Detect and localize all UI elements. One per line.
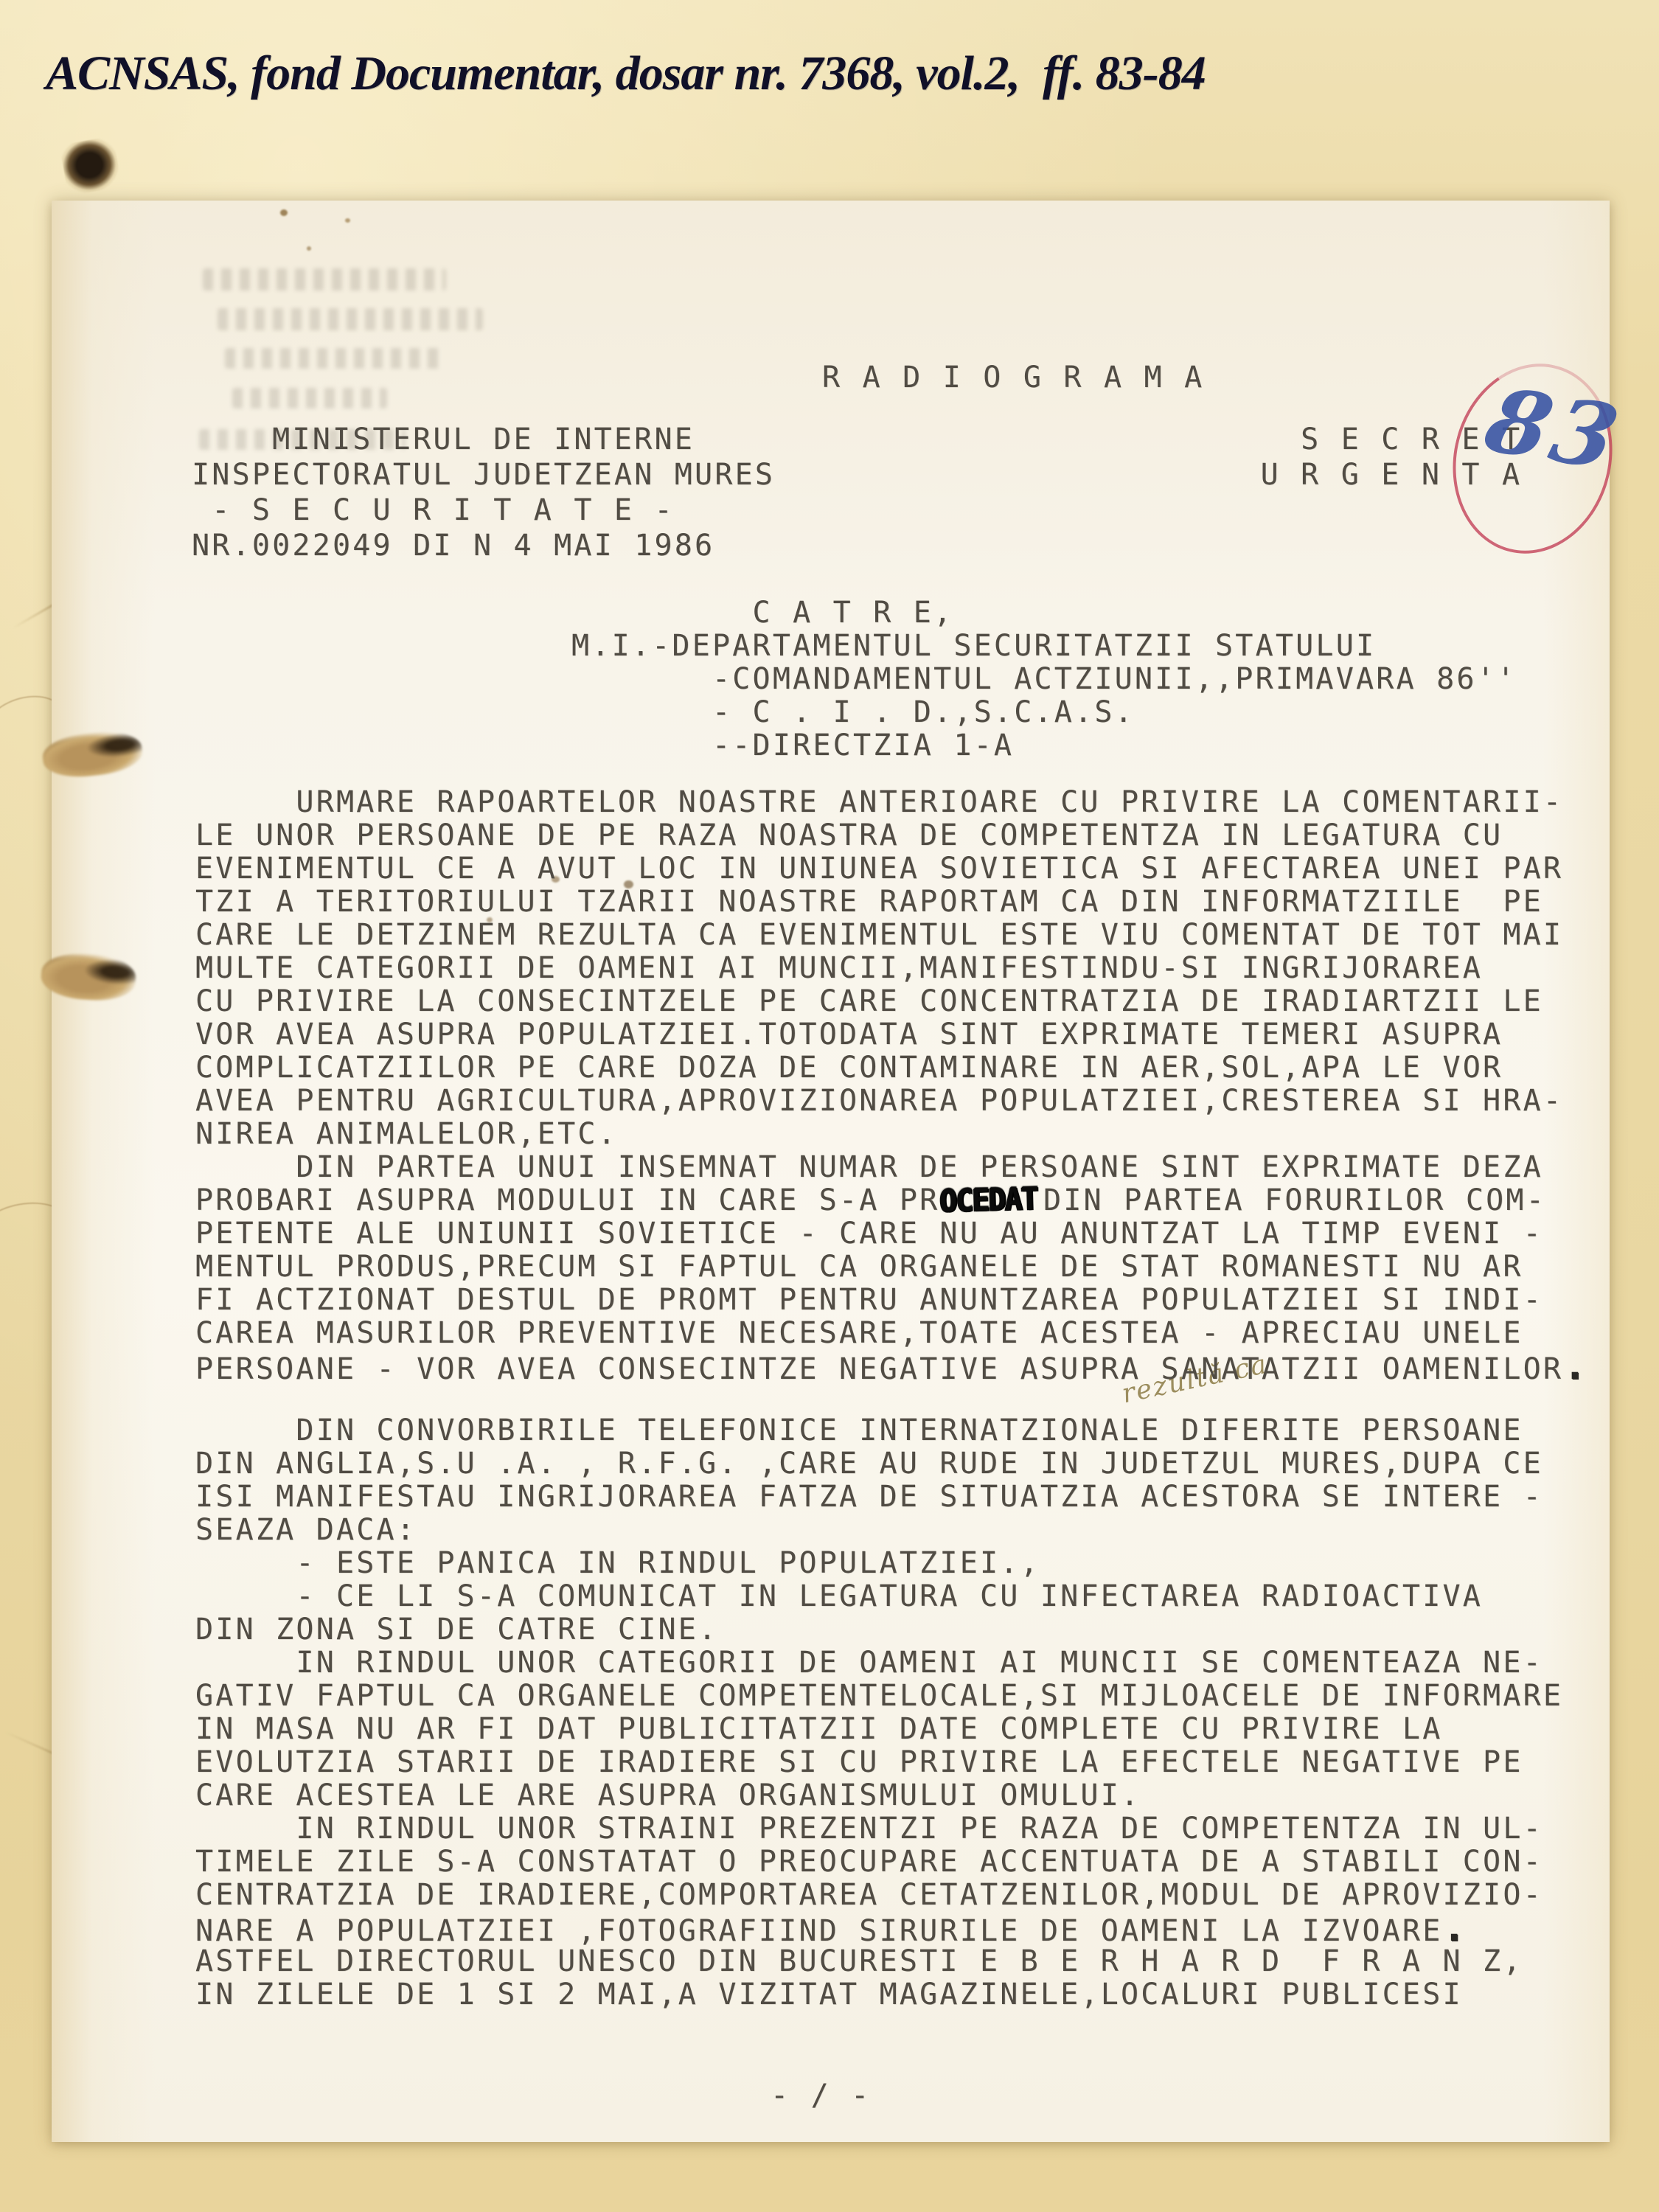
typed-line: DIN CONVORBIRILE TELEFONICE INTERNATZION…: [195, 1414, 1622, 1447]
typed-line: IN MASA NU AR FI DAT PUBLICITATZII DATE …: [195, 1713, 1622, 1746]
typed-line: GATIV FAPTUL CA ORGANELE COMPETENTELOCAL…: [195, 1680, 1622, 1713]
typed-line: URMARE RAPOARTELOR NOASTRE ANTERIOARE CU…: [195, 786, 1622, 819]
typed-line: CARE LE DETZINEM REZULTA CA EVENIMENTUL …: [195, 919, 1622, 952]
typed-line: EVOLUTZIA STARII DE IRADIERE SI CU PRIVI…: [195, 1746, 1622, 1779]
stain: [280, 209, 288, 216]
typed-line: TZI A TERITORIULUI TZARII NOASTRE RAPORT…: [195, 886, 1622, 919]
ghost-imprint: [232, 388, 387, 408]
typed-line: AVEA PENTRU AGRICULTURA,APROVIZIONAREA P…: [195, 1085, 1622, 1118]
typed-line: CENTRATZIA DE IRADIERE,COMPORTAREA CETAT…: [195, 1879, 1622, 1912]
typed-line: - ESTE PANICA IN RINDUL POPULATZIEI.,: [195, 1547, 1622, 1580]
typed-line: ASTFEL DIRECTORUL UNESCO DIN BUCURESTI E…: [195, 1945, 1622, 1978]
addressee-block: C A T R E,M.I.-DEPARTAMENTUL SECURITATZI…: [571, 597, 1517, 762]
typed-line: PERSOANE - VOR AVEA CONSECINTZE NEGATIVE…: [195, 1350, 1622, 1383]
typed-line: PROBARI ASUPRA MODULUI IN CARE S-A PROCE…: [195, 1184, 1622, 1217]
typed-line: LE UNOR PERSOANE DE PE RAZA NOASTRA DE C…: [195, 819, 1622, 852]
sender-line: MINISTERUL DE INTERNE: [192, 422, 775, 457]
typed-line: CAREA MASURILOR PREVENTIVE NECESARE,TOAT…: [195, 1317, 1622, 1350]
body-text: URMARE RAPOARTELOR NOASTRE ANTERIOARE CU…: [195, 786, 1622, 2011]
sender-line: NR.0022049 DI N 4 MAI 1986: [192, 528, 775, 563]
stain: [307, 246, 311, 251]
punch-hole: [59, 136, 122, 196]
typed-line: NARE A POPULATZIEI ,FOTOGRAFIIND SIRURIL…: [195, 1912, 1622, 1945]
doc-type-heading: R A D I O G R A M A: [822, 361, 1204, 394]
sender-line: INSPECTORATUL JUDETZEAN MURES: [192, 457, 775, 493]
typed-line: IN RINDUL UNOR CATEGORII DE OAMENI AI MU…: [195, 1646, 1622, 1680]
typed-line: PETENTE ALE UNIUNII SOVIETICE - CARE NU …: [195, 1217, 1622, 1251]
ghost-imprint: [218, 308, 483, 330]
page-footer: - / -: [771, 2079, 871, 2112]
typed-line: CARE ACESTEA LE ARE ASUPRA ORGANISMULUI …: [195, 1779, 1622, 1812]
typed-line: IN ZILELE DE 1 SI 2 MAI,A VIZITAT MAGAZI…: [195, 1978, 1622, 2011]
typed-line: NIREA ANIMALELOR,ETC.: [195, 1118, 1622, 1151]
typed-line: FI ACTZIONAT DESTUL DE PROMT PENTRU ANUN…: [195, 1284, 1622, 1317]
typed-line: TIMELE ZILE S-A CONSTATAT O PREOCUPARE A…: [195, 1846, 1622, 1879]
binding-fiber: [41, 728, 144, 781]
addressee-line: M.I.-DEPARTAMENTUL SECURITATZII STATULUI: [571, 630, 1517, 663]
addressee-line: -COMANDAMENTUL ACTZIUNII,,PRIMAVARA 86'': [571, 663, 1517, 696]
sender-line: - S E C U R I T A T E -: [192, 493, 775, 528]
ghost-imprint: [225, 348, 446, 369]
binding-fiber: [40, 951, 137, 1004]
document-page: R A D I O G R A M A MINISTERUL DE INTERN…: [52, 201, 1610, 2142]
handwritten-heavy-mark: .: [1443, 1906, 1469, 1950]
typed-line: MENTUL PRODUS,PRECUM SI FAPTUL CA ORGANE…: [195, 1251, 1622, 1284]
archive-photo-background: { "colors": { "background": "#e9d7a2", "…: [0, 0, 1659, 2212]
typed-line: DIN PARTEA UNUI INSEMNAT NUMAR DE PERSOA…: [195, 1151, 1622, 1184]
addressee-line: C A T R E,: [571, 597, 1517, 630]
typed-line: - CE LI S-A COMUNICAT IN LEGATURA CU INF…: [195, 1580, 1622, 1613]
typed-line: DIN ANGLIA,S.U .A. , R.F.G. ,CARE AU RUD…: [195, 1447, 1622, 1481]
typed-line: VOR AVEA ASUPRA POPULATZIEI.TOTODATA SIN…: [195, 1018, 1622, 1051]
addressee-line: - C . I . D.,S.C.A.S.: [571, 696, 1517, 729]
archive-reference-caption: ACNSAS, fond Documentar, dosar nr. 7368,…: [46, 46, 1594, 102]
typed-line: DIN ZONA SI DE CATRE CINE.: [195, 1613, 1622, 1646]
handwritten-heavy-mark: .: [1563, 1344, 1589, 1388]
page-footer-text: - / -: [771, 2079, 871, 2112]
typed-line: ISI MANIFESTAU INGRIJORAREA FATZA DE SIT…: [195, 1481, 1622, 1514]
addressee-line: --DIRECTZIA 1-A: [571, 729, 1517, 762]
overtype-redaction: OCEDAT: [939, 1182, 1038, 1220]
typed-line: CU PRIVIRE LA CONSECINTZELE PE CARE CONC…: [195, 985, 1622, 1018]
typed-line: IN RINDUL UNOR STRAINI PREZENTZI PE RAZA…: [195, 1812, 1622, 1846]
typed-line: COMPLICATZIILOR PE CARE DOZA DE CONTAMIN…: [195, 1051, 1622, 1085]
stain: [345, 218, 350, 223]
typed-line: EVENIMENTUL CE A AVUT LOC IN UNIUNEA SOV…: [195, 852, 1622, 886]
typed-line: SEAZA DACA:: [195, 1514, 1622, 1547]
typed-line: MULTE CATEGORII DE OAMENI AI MUNCII,MANI…: [195, 952, 1622, 985]
ghost-imprint: [203, 268, 446, 291]
sender-block: MINISTERUL DE INTERNEINSPECTORATUL JUDET…: [192, 422, 775, 563]
doc-type-text: R A D I O G R A M A: [822, 361, 1204, 394]
folio-number-stamp: 83: [1475, 369, 1632, 490]
